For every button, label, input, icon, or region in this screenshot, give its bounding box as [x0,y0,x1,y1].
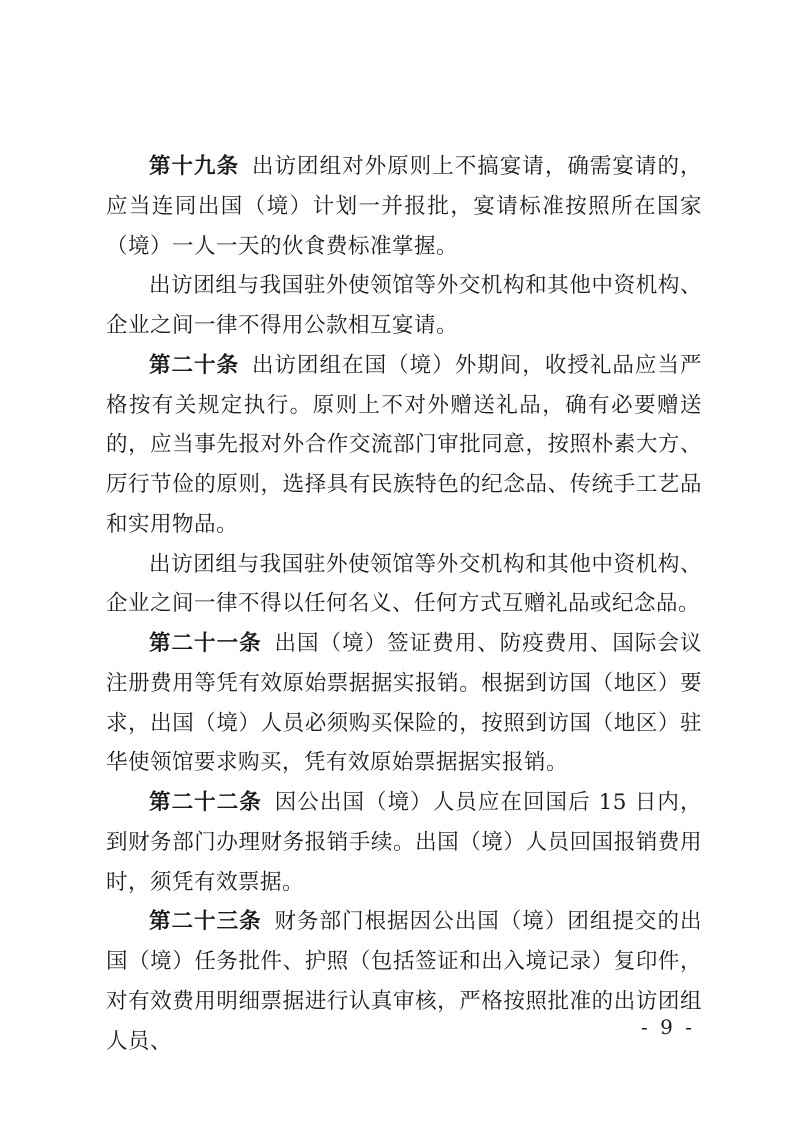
article-20-text: 出访团组在国（境）外期间，收授礼品应当严格按有关规定执行。原则上不对外赠送礼品，… [106,353,702,537]
paragraph-article-19-cont: 出访团组与我国驻外使领馆等外交机构和其他中资机构、企业之间一律不得用公款相互宴请… [106,266,702,346]
paragraph-article-21: 第二十一条出国（境）签证费用、防疫费用、国际会议注册费用等凭有效原始票据据实报销… [106,624,702,783]
paragraph-article-20-cont: 出访团组与我国驻外使领馆等外交机构和其他中资机构、企业之间一律不得以任何名义、任… [106,545,702,625]
article-21-number: 第二十一条 [149,631,262,656]
paragraph-article-22: 第二十二条因公出国（境）人员应在回国后 15 日内，到财务部门办理财务报销手续。… [106,783,702,902]
page-number: - 9 - [641,1015,695,1039]
document-page: 第十九条出访团组对外原则上不搞宴请，确需宴请的，应当连同出国（境）计划一并报批，… [0,0,794,1123]
paragraph-article-20: 第二十条出访团组在国（境）外期间，收授礼品应当严格按有关规定执行。原则上不对外赠… [106,346,702,545]
document-body: 第十九条出访团组对外原则上不搞宴请，确需宴请的，应当连同出国（境）计划一并报批，… [106,147,702,1061]
paragraph-article-19: 第十九条出访团组对外原则上不搞宴请，确需宴请的，应当连同出国（境）计划一并报批，… [106,147,702,266]
article-23-number: 第二十三条 [149,909,262,934]
article-19-cont-text: 出访团组与我国驻外使领馆等外交机构和其他中资机构、企业之间一律不得用公款相互宴请… [106,273,702,338]
article-20-number: 第二十条 [149,353,239,378]
article-19-number: 第十九条 [149,154,239,179]
article-22-number: 第二十二条 [149,790,262,815]
paragraph-article-23: 第二十三条财务部门根据因公出国（境）团组提交的出国（境）任务批件、护照（包括签证… [106,902,702,1061]
article-20-cont-text: 出访团组与我国驻外使领馆等外交机构和其他中资机构、企业之间一律不得以任何名义、任… [106,552,702,617]
